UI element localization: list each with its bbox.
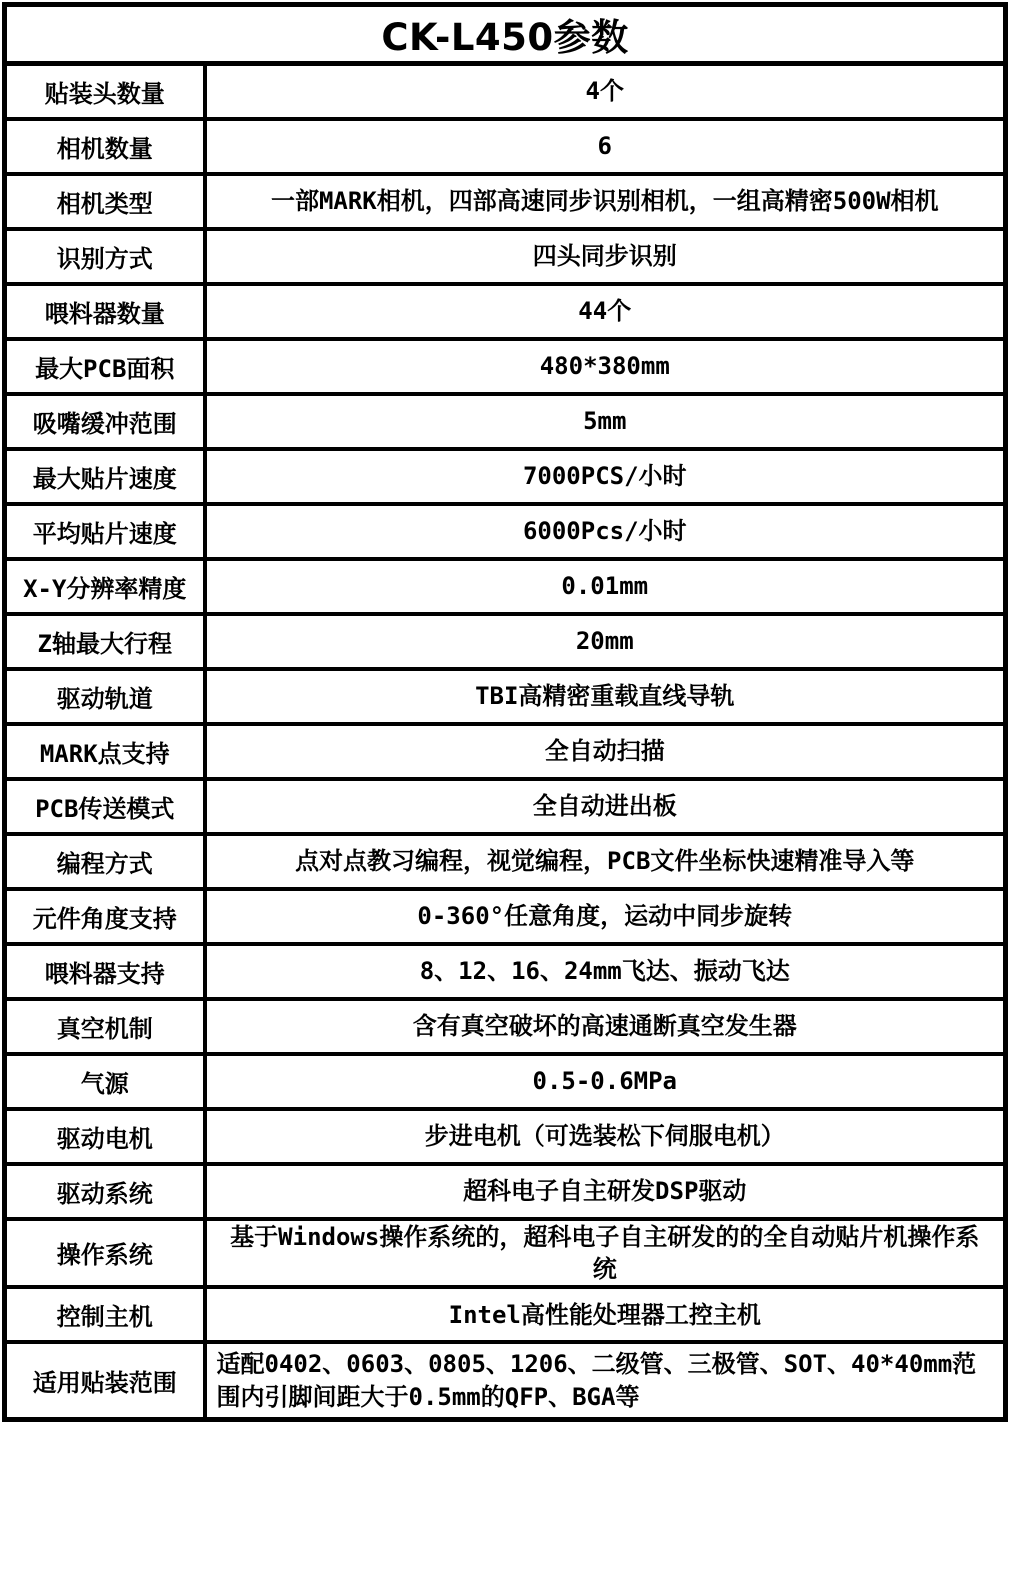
spec-value: 适配0402、0603、0805、1206、二级管、三极管、SOT、40*40m…: [205, 1342, 1006, 1419]
spec-label: 吸嘴缓冲范围: [5, 394, 205, 449]
table-row: 识别方式 四头同步识别: [5, 229, 1006, 284]
table-row: 驱动轨道 TBI高精密重载直线导轨: [5, 669, 1006, 724]
spec-value: 20mm: [205, 614, 1006, 669]
spec-value: 6000Pcs/小时: [205, 504, 1006, 559]
spec-label: 驱动系统: [5, 1164, 205, 1219]
table-row: 平均贴片速度 6000Pcs/小时: [5, 504, 1006, 559]
table-row: 相机类型 一部MARK相机，四部高速同步识别相机，一组高精密500W相机: [5, 174, 1006, 229]
spec-value: TBI高精密重载直线导轨: [205, 669, 1006, 724]
spec-label: 喂料器支持: [5, 944, 205, 999]
spec-label: 编程方式: [5, 834, 205, 889]
spec-sheet-page: CK-L450参数 贴装头数量 4个 相机数量 6 相机类型 一部MARK相机，…: [0, 0, 1010, 1578]
spec-value: 全自动扫描: [205, 724, 1006, 779]
spec-label: 最大贴片速度: [5, 449, 205, 504]
spec-label: 操作系统: [5, 1219, 205, 1288]
table-row: 最大贴片速度 7000PCS/小时: [5, 449, 1006, 504]
spec-label: PCB传送模式: [5, 779, 205, 834]
table-row: 适用贴装范围 适配0402、0603、0805、1206、二级管、三极管、SOT…: [5, 1342, 1006, 1419]
spec-value: 含有真空破坏的高速通断真空发生器: [205, 999, 1006, 1054]
table-row: PCB传送模式 全自动进出板: [5, 779, 1006, 834]
spec-value: 8、12、16、24mm飞达、振动飞达: [205, 944, 1006, 999]
spec-value: Intel高性能处理器工控主机: [205, 1287, 1006, 1342]
spec-value: 步进电机（可选装松下伺服电机）: [205, 1109, 1006, 1164]
table-row: 驱动电机 步进电机（可选装松下伺服电机）: [5, 1109, 1006, 1164]
spec-label: MARK点支持: [5, 724, 205, 779]
spec-label: X-Y分辨率精度: [5, 559, 205, 614]
table-title: CK-L450参数: [5, 5, 1006, 64]
spec-label: 识别方式: [5, 229, 205, 284]
spec-value: 6: [205, 119, 1006, 174]
table-row: 气源 0.5-0.6MPa: [5, 1054, 1006, 1109]
spec-value: 5mm: [205, 394, 1006, 449]
spec-label: 气源: [5, 1054, 205, 1109]
spec-label: 贴装头数量: [5, 64, 205, 119]
spec-label: 相机数量: [5, 119, 205, 174]
spec-label: 控制主机: [5, 1287, 205, 1342]
spec-label: 驱动轨道: [5, 669, 205, 724]
spec-table-body: 贴装头数量 4个 相机数量 6 相机类型 一部MARK相机，四部高速同步识别相机…: [5, 64, 1006, 1420]
table-row: X-Y分辨率精度 0.01mm: [5, 559, 1006, 614]
spec-value: 0.5-0.6MPa: [205, 1054, 1006, 1109]
spec-label: 驱动电机: [5, 1109, 205, 1164]
spec-label: 适用贴装范围: [5, 1342, 205, 1419]
table-row: Z轴最大行程 20mm: [5, 614, 1006, 669]
spec-value: 一部MARK相机，四部高速同步识别相机，一组高精密500W相机: [205, 174, 1006, 229]
table-row: 喂料器数量 44个: [5, 284, 1006, 339]
table-row: 元件角度支持 0-360°任意角度，运动中同步旋转: [5, 889, 1006, 944]
spec-value: 超科电子自主研发DSP驱动: [205, 1164, 1006, 1219]
spec-label: 平均贴片速度: [5, 504, 205, 559]
table-row: 吸嘴缓冲范围 5mm: [5, 394, 1006, 449]
spec-label: 相机类型: [5, 174, 205, 229]
spec-value: 480*380mm: [205, 339, 1006, 394]
table-row: 驱动系统 超科电子自主研发DSP驱动: [5, 1164, 1006, 1219]
spec-value: 全自动进出板: [205, 779, 1006, 834]
spec-value: 基于Windows操作系统的，超科电子自主研发的的全自动贴片机操作系统: [205, 1219, 1006, 1288]
table-row: MARK点支持 全自动扫描: [5, 724, 1006, 779]
spec-value: 0.01mm: [205, 559, 1006, 614]
table-row: 操作系统 基于Windows操作系统的，超科电子自主研发的的全自动贴片机操作系统: [5, 1219, 1006, 1288]
spec-label: 元件角度支持: [5, 889, 205, 944]
table-row: 贴装头数量 4个: [5, 64, 1006, 119]
spec-value: 0-360°任意角度，运动中同步旋转: [205, 889, 1006, 944]
spec-value: 44个: [205, 284, 1006, 339]
table-row: 相机数量 6: [5, 119, 1006, 174]
spec-value: 4个: [205, 64, 1006, 119]
spec-value: 7000PCS/小时: [205, 449, 1006, 504]
title-row: CK-L450参数: [5, 5, 1006, 64]
spec-value: 四头同步识别: [205, 229, 1006, 284]
spec-label: Z轴最大行程: [5, 614, 205, 669]
table-row: 喂料器支持 8、12、16、24mm飞达、振动飞达: [5, 944, 1006, 999]
table-row: 编程方式 点对点教习编程，视觉编程，PCB文件坐标快速精准导入等: [5, 834, 1006, 889]
spec-label: 喂料器数量: [5, 284, 205, 339]
spec-label: 真空机制: [5, 999, 205, 1054]
table-row: 控制主机 Intel高性能处理器工控主机: [5, 1287, 1006, 1342]
spec-label: 最大PCB面积: [5, 339, 205, 394]
spec-value: 点对点教习编程，视觉编程，PCB文件坐标快速精准导入等: [205, 834, 1006, 889]
table-row: 最大PCB面积 480*380mm: [5, 339, 1006, 394]
table-row: 真空机制 含有真空破坏的高速通断真空发生器: [5, 999, 1006, 1054]
spec-table: CK-L450参数 贴装头数量 4个 相机数量 6 相机类型 一部MARK相机，…: [2, 2, 1008, 1422]
